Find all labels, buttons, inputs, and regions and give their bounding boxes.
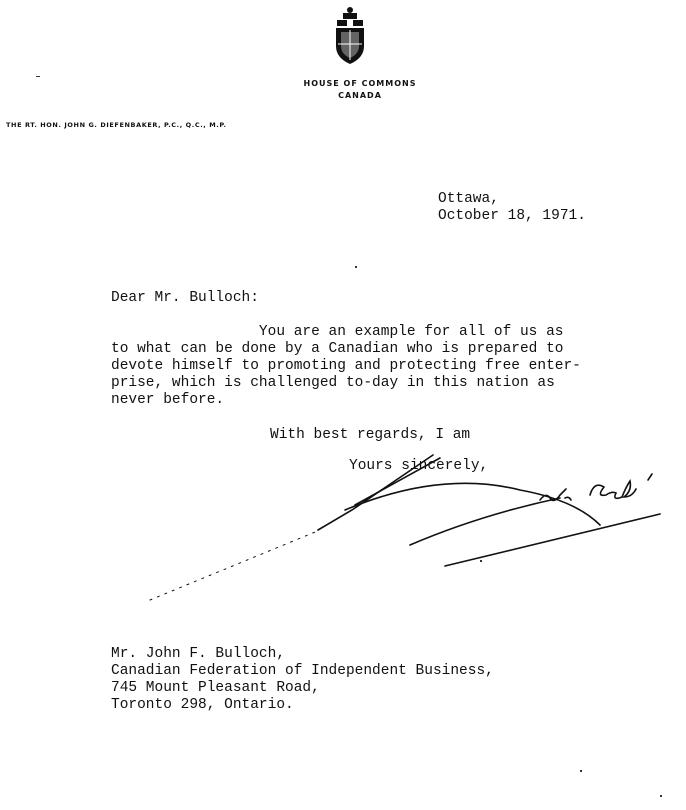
scan-speck [36,76,40,77]
letter-date: October 18, 1971. [438,208,586,225]
body-line: You are an example for all of us as [111,324,581,341]
scan-speck [480,560,482,562]
coat-of-arms-icon [333,6,367,66]
member-line: THE RT. HON. JOHN G. DIEFENBAKER, P.C., … [6,121,227,129]
body-line: never before. [111,392,581,409]
letter-body: You are an example for all of us asto wh… [111,324,581,409]
scan-speck [355,266,357,268]
salutation: Dear Mr. Bulloch: [111,290,259,307]
valediction: Yours sincerely, [349,458,488,475]
recipient-organization: Canadian Federation of Independent Busin… [111,663,494,680]
recipient-name: Mr. John F. Bulloch, [111,646,494,663]
country-name: CANADA [280,90,440,102]
place: Ottawa, [438,191,586,208]
institution-name: HOUSE OF COMMONS [280,78,440,90]
scan-speck [660,795,662,797]
recipient-address: Mr. John F. Bulloch,Canadian Federation … [111,646,494,714]
closing: With best regards, I am [270,427,470,444]
letterhead-title: HOUSE OF COMMONS CANADA [280,78,440,102]
recipient-street: 745 Mount Pleasant Road, [111,680,494,697]
date-block: Ottawa,October 18, 1971. [438,191,586,225]
body-line: devote himself to promoting and protecti… [111,358,581,375]
body-line: prise, which is challenged to-day in thi… [111,375,581,392]
body-line: to what can be done by a Canadian who is… [111,341,581,358]
recipient-city: Toronto 298, Ontario. [111,697,494,714]
scan-speck [580,770,582,772]
